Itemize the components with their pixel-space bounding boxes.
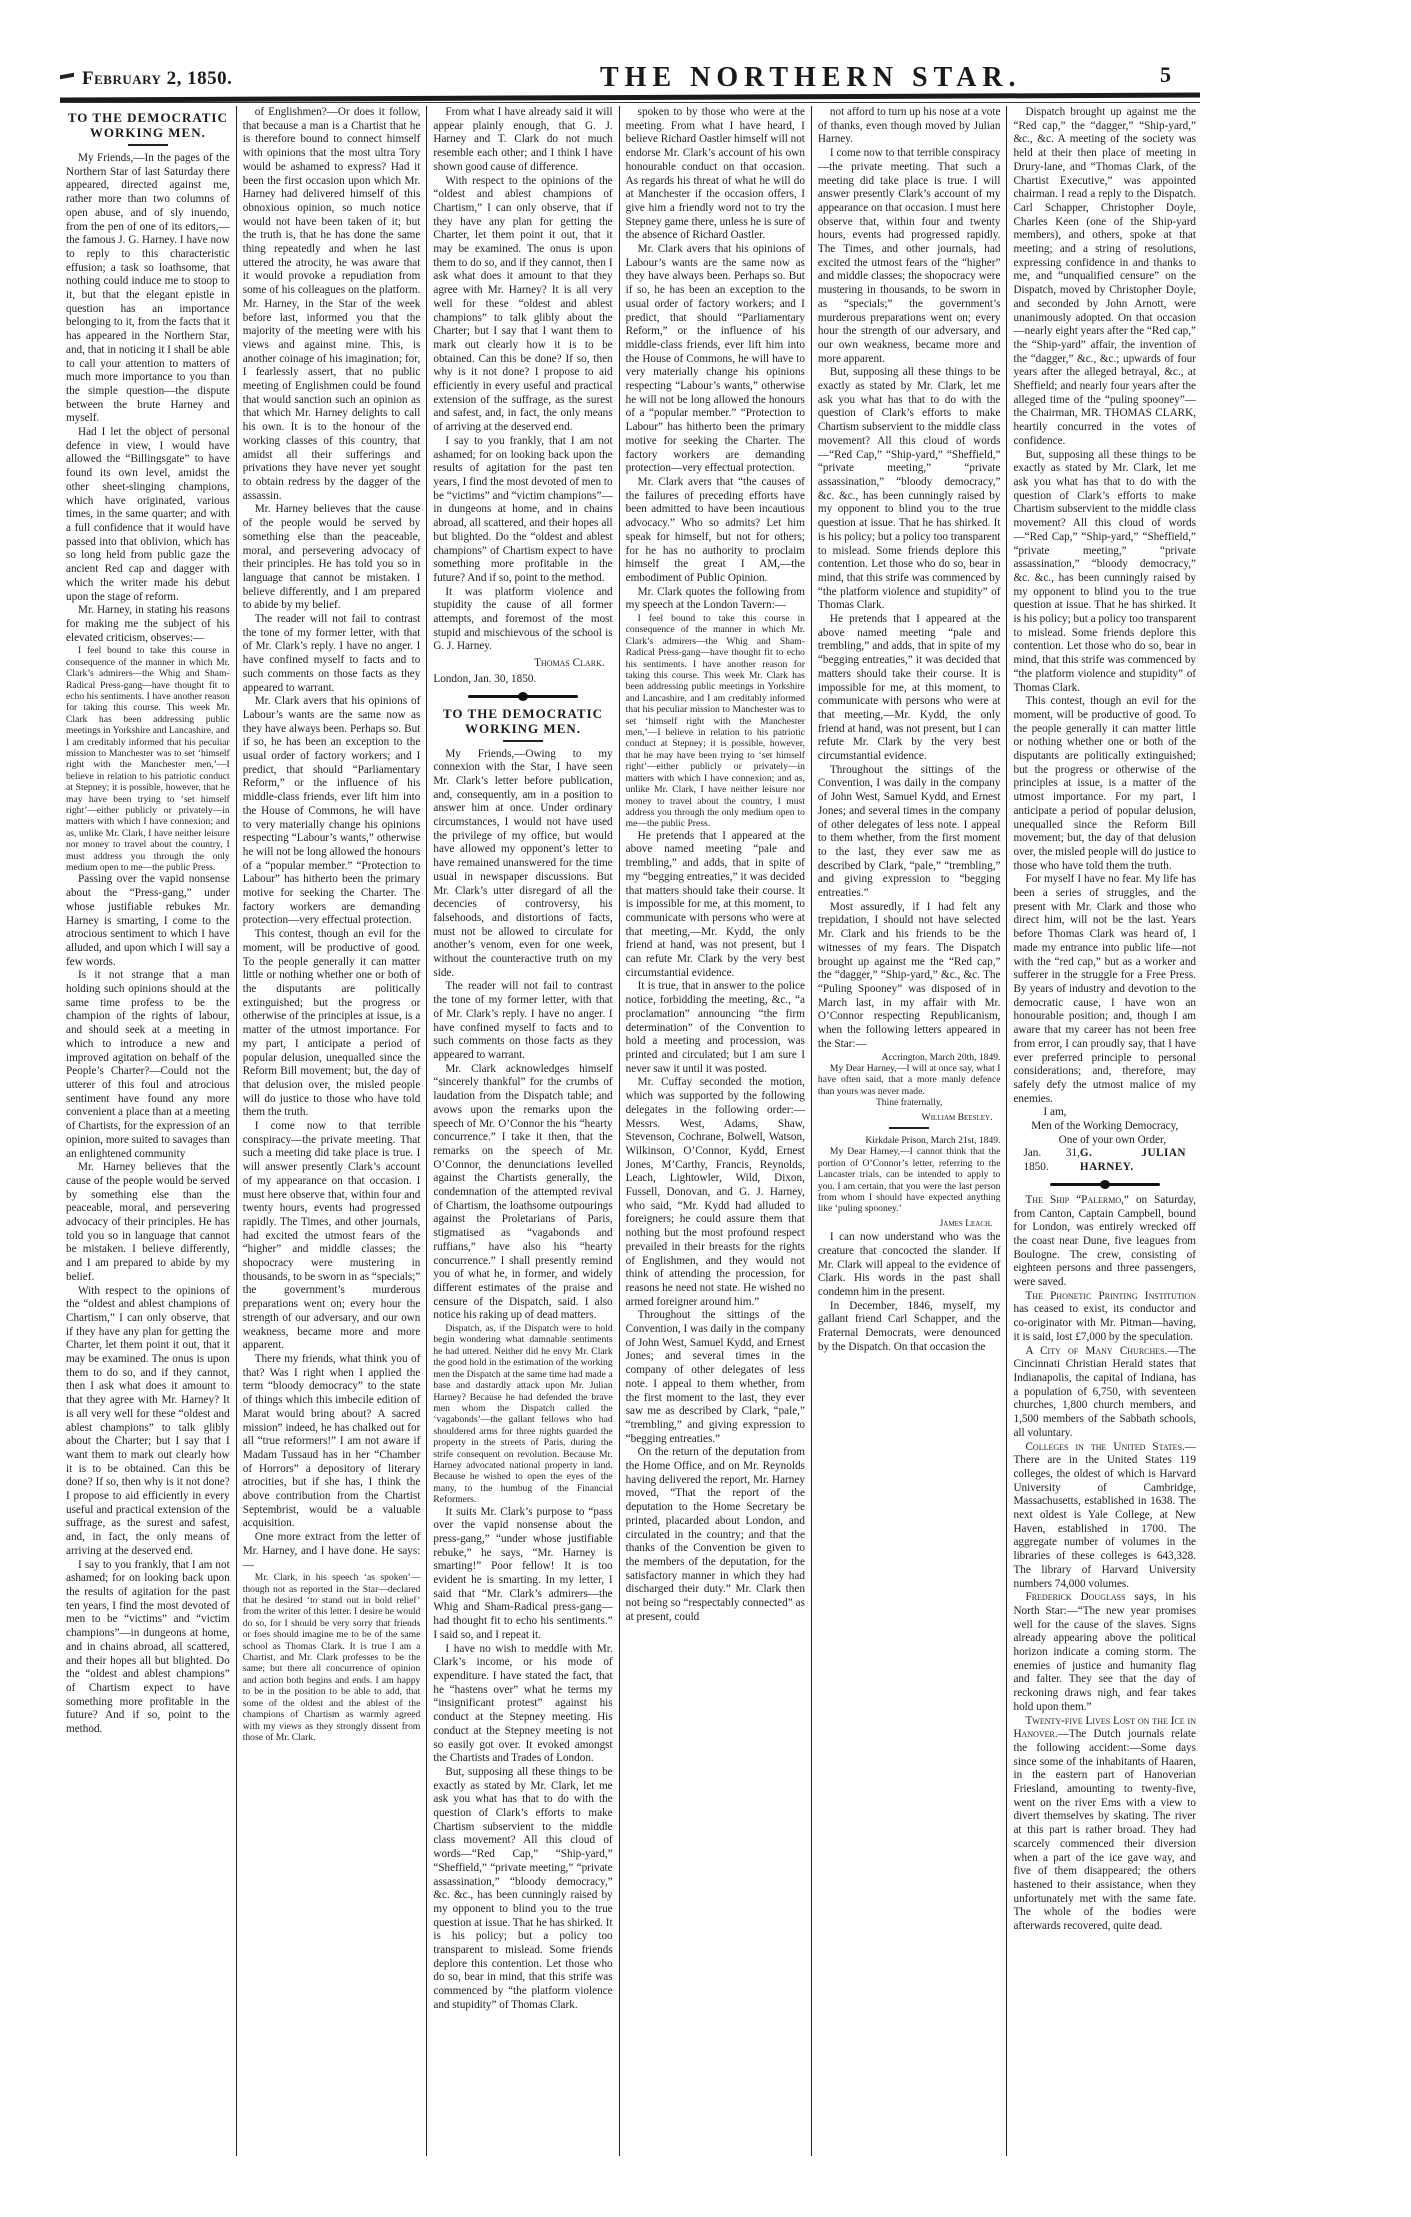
news-item: Frederick Douglass says, in his North St… [1013,1591,1196,1714]
block-quote: Dispatch, as, if the Dispatch were to ho… [433,1323,612,1506]
news-item: The Ship “Palermo,” on Saturday, from Ca… [1013,1194,1196,1290]
masthead-rule [60,93,1200,103]
paragraph: In December, 1846, myself, my gallant fr… [818,1300,1001,1355]
paragraph: Mr. Cuffay seconded the motion, which wa… [626,1076,805,1309]
paragraph: He pretends that I appeared at the above… [818,613,1001,764]
news-item-lead: A City of Many Churches. [1025,1345,1167,1357]
news-item-lead: Frederick Douglass [1025,1591,1125,1603]
block-quote: I feel bound to take this course in cons… [626,613,805,830]
author-signature: Thomas Clark. [433,657,604,671]
newspaper-title: THE NORTHERN STAR. [600,62,1022,94]
column-4: spoken to by those who were at the meeti… [619,106,811,2156]
paragraph: I come now to that terrible conspiracy—t… [818,147,1001,366]
letter-place-date: Kirkdale Prison, March 21st, 1849. [818,1135,1001,1146]
closing-order: One of your own Order, [1013,1134,1196,1148]
paragraph: Most assuredly, if I had felt any trepid… [818,901,1001,1052]
news-item-text: has ceased to exist, its conductor and c… [1013,1303,1196,1342]
paragraph: But, supposing all these things to be ex… [818,366,1001,613]
news-item: The Phonetic Printing Institution has ce… [1013,1290,1196,1345]
paragraph: But, supposing all these things to be ex… [433,1766,612,2013]
closing-signature-row: Jan. 31, 1850. G. JULIAN HARNEY. [1013,1147,1196,1174]
news-item: Twenty-five Lives Lost on the Ice in Han… [1013,1715,1196,1934]
paragraph: Dispatch brought up against me the “Red … [1013,106,1196,449]
news-item: A City of Many Churches.—The Cincinnati … [1013,1345,1196,1441]
closing-i-am: I am, [1013,1106,1196,1120]
paragraph: With respect to the opinions of the “old… [66,1285,230,1559]
paragraph: Mr. Harney believes that the cause of th… [66,1161,230,1284]
paragraph: It was platform violence and stupidity t… [433,586,612,655]
closing-salutation: Men of the Working Democracy, [1013,1120,1196,1134]
column-3: From what I have already said it will ap… [426,106,618,2156]
corner-mark [60,73,74,79]
masthead-rule-thin [60,102,1200,103]
paragraph: This contest, though an evil for the mom… [243,928,421,1120]
paragraph: Mr. Clark quotes the following from my s… [626,586,805,613]
paragraph: This contest, though an evil for the mom… [1013,695,1196,873]
letter-signature: William Beesley. [818,1112,993,1123]
author-signature: G. JULIAN HARNEY. [1080,1147,1186,1174]
letter-closing: Thine fraternally, [818,1097,1001,1108]
letter-text: My Dear Harney,—I cannot think that the … [818,1146,1001,1214]
article-headline: TO THE DEMOCRATIC WORKING MEN. [66,110,230,140]
paragraph: Passing over the vapid nonsense about th… [66,873,230,969]
paragraph: There my friends, what think you of that… [243,1353,421,1531]
article-headline: TO THE DEMOCRATIC WORKING MEN. [433,706,612,736]
news-item-lead: Colleges in the United States. [1025,1441,1184,1453]
masthead: February 2, 1850. THE NORTHERN STAR. 5 [60,60,1200,88]
headline-divider [503,740,543,742]
paragraph: Mr. Clark avers that “the causes of the … [626,476,805,586]
paragraph: I say to you frankly, that I am not asha… [66,1559,230,1737]
page-number: 5 [1160,62,1171,88]
date-line: London, Jan. 30, 1850. [433,673,612,687]
paragraph: The reader will not fail to contrast the… [433,980,612,1062]
paragraph: I have no wish to meddle with Mr. Clark’… [433,1643,612,1766]
paragraph: It suits Mr. Clark’s purpose to “pass ov… [433,1506,612,1643]
news-item: Colleges in the United States.—There are… [1013,1441,1196,1592]
letter-divider [889,1127,929,1129]
news-item-text: —The Dutch journals relate the following… [1013,1728,1196,1932]
letter-place-date: Accrington, March 20th, 1849. [818,1052,1001,1063]
closing-date: Jan. 31, 1850. [1023,1147,1079,1174]
paragraph: not afford to turn up his nose at a vote… [818,106,1001,147]
paragraph: Throughout the sittings of the Conventio… [818,764,1001,901]
paragraph: spoken to by those who were at the meeti… [626,106,805,243]
page-columns: TO THE DEMOCRATIC WORKING MEN. My Friend… [60,106,1202,2156]
paragraph: One more extract from the letter of Mr. … [243,1531,421,1572]
paragraph: I can now understand who was the creatur… [818,1231,1001,1300]
article-opening: My Friends,—Owing to my connexion with t… [433,748,612,981]
paragraph: I say to you frankly, that I am not asha… [433,435,612,586]
paragraph: On the return of the deputation from the… [626,1446,805,1624]
paragraph: But, supposing all these things to be ex… [1013,449,1196,696]
paragraph: Mr. Clark avers that his opinions of Lab… [243,695,421,928]
news-item-text: —The Cincinnati Christian Herald states … [1013,1345,1196,1439]
paragraph: Mr. Clark acknowledges himself “sincerel… [433,1063,612,1323]
headline-divider [128,144,168,146]
paragraph: Mr. Harney, in stating his reasons for m… [66,604,230,645]
issue-date: February 2, 1850. [82,68,232,90]
section-ornament [468,695,578,698]
paragraph: I come now to that terrible conspiracy—t… [243,1120,421,1353]
news-item-text: on Saturday, from Canton, Captain Campbe… [1013,1194,1196,1288]
block-quote: I feel bound to take this course in cons… [66,645,230,873]
paragraph: Is it not strange that a man holding suc… [66,969,230,1161]
article-opening: My Friends,—In the pages of the Northern… [66,152,230,426]
column-1: TO THE DEMOCRATIC WORKING MEN. My Friend… [60,106,236,2156]
paragraph: From what I have already said it will ap… [433,106,612,175]
news-item-lead: The Ship “Palermo,” [1025,1194,1128,1206]
letter-text: My Dear Harney,—I will at once say, what… [818,1063,1001,1097]
column-6: Dispatch brought up against me the “Red … [1006,106,1202,2156]
paragraph: With respect to the opinions of the “old… [433,175,612,435]
paragraph: The reader will not fail to contrast the… [243,613,421,695]
block-quote: Mr. Clark, in his speech ‘as spoken’—tho… [243,1572,421,1743]
paragraph: Throughout the sittings of the Conventio… [626,1309,805,1446]
paragraph: For myself I have no fear. My life has b… [1013,873,1196,1106]
news-item-text: —There are in the United States 119 coll… [1013,1441,1196,1590]
section-ornament [1050,1183,1160,1186]
column-5: not afford to turn up his nose at a vote… [811,106,1007,2156]
news-item-text: says, in his North Star:—“The new year p… [1013,1591,1196,1713]
paragraph: Mr. Clark avers that his opinions of Lab… [626,243,805,476]
letter-signature: James Leach. [818,1218,993,1229]
paragraph: It is true, that in answer to the police… [626,980,805,1076]
paragraph: Mr. Harney believes that the cause of th… [243,503,421,613]
news-items: The Ship “Palermo,” on Saturday, from Ca… [1013,1194,1196,1934]
news-item-lead: The Phonetic Printing Institution [1025,1290,1196,1302]
paragraph: Had I let the object of personal defence… [66,426,230,604]
column-2: of Englishmen?—Or does it follow, that b… [236,106,427,2156]
paragraph: of Englishmen?—Or does it follow, that b… [243,106,421,503]
paragraph: He pretends that I appeared at the above… [626,830,805,981]
